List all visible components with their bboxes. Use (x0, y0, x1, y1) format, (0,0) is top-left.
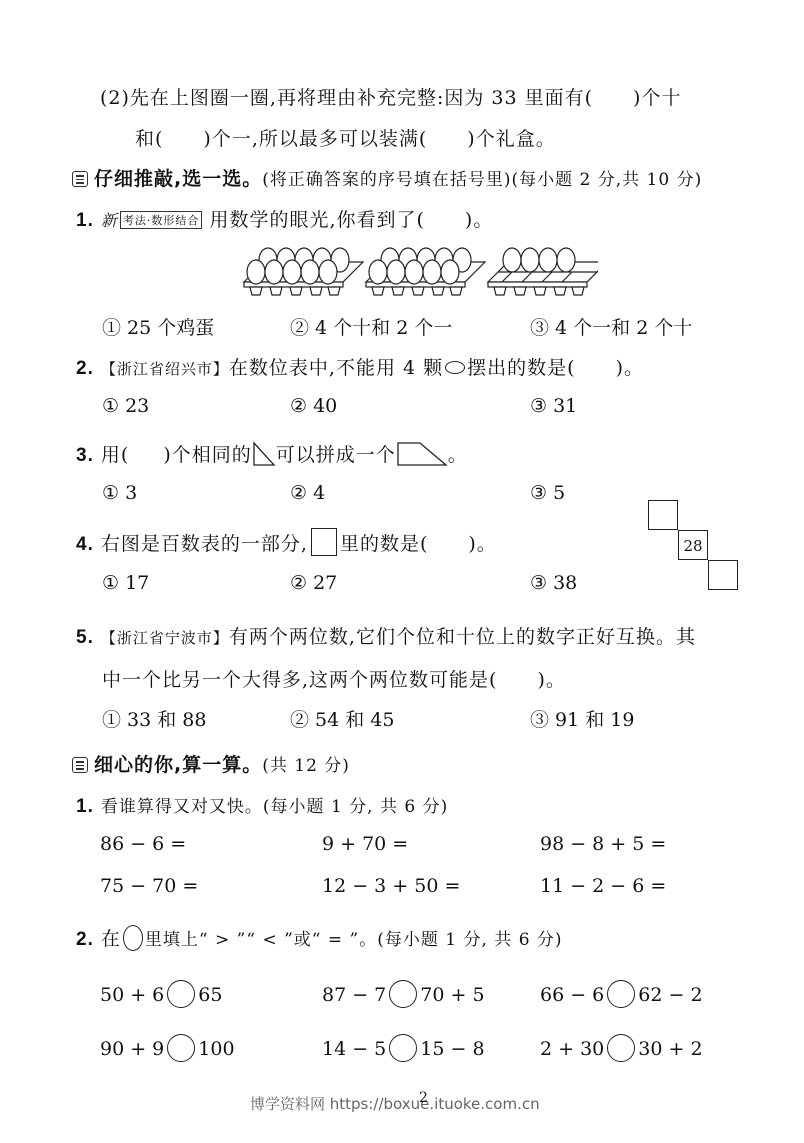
question-text-line2: 中一个比另一个大得多,这两个两位数可能是( (102, 669, 497, 691)
q3-option-3: ③ 5 (530, 482, 565, 504)
q2-option-3: ③ 31 (530, 395, 577, 417)
egg-tray-full-2 (366, 248, 485, 295)
question-number: 2. (76, 358, 94, 379)
compare-circle-input[interactable] (389, 980, 417, 1008)
compare-item: 14 − 515 − 8 (322, 1034, 485, 1062)
question-number: 1. (76, 210, 94, 231)
compare-item: 50 + 665 (100, 980, 222, 1008)
question-text-b: 里填上“ > ”“ < ”或“ = ”。(每小题 1 分, 共 6 分) (145, 930, 563, 950)
question-text-a: 在 (101, 928, 121, 950)
question-text-b: 里的数是( (340, 533, 428, 555)
section3-note: (将正确答案的序号填在括号里)(每小题 2 分,共 10 分) (262, 170, 702, 190)
question-5-line1: 5. 【浙江省宁波市】有两个两位数,它们个位和十位上的数字正好互换。其 (76, 622, 696, 649)
question-number: 1. (76, 796, 94, 817)
question-text-b: )个相同的 (163, 444, 251, 466)
egg-trays-illustration (238, 240, 598, 300)
question-text-mid: 摆出的数是( (467, 357, 575, 379)
section4-note: (共 12 分) (262, 756, 350, 776)
calc-item[interactable]: 98 − 8 + 5 = (540, 833, 666, 855)
section-number-three-icon (72, 171, 88, 187)
compare-right: 70 + 5 (420, 984, 484, 1006)
q4-option-3: ③ 38 (530, 572, 577, 594)
question-text-c: 可以拼成一个 (276, 444, 396, 466)
calc-item[interactable]: 9 + 70 = (322, 833, 408, 855)
new-tag: 新 (101, 211, 118, 230)
q2-option-2: ② 40 (290, 395, 337, 417)
section4-title: 细心的你,算一算。 (94, 754, 262, 776)
part2-line2: 和()个一,所以最多可以装满()个礼盒。 (135, 124, 556, 151)
calc-item[interactable]: 12 − 3 + 50 = (322, 875, 460, 897)
question-text-end: )。 (616, 357, 644, 379)
question-number: 2. (76, 929, 94, 950)
trapezoid-icon (396, 441, 448, 467)
egg-tray-full-1 (244, 248, 363, 295)
section-number-three-icon (72, 757, 88, 773)
square-icon (311, 528, 337, 556)
compare-left: 90 + 9 (100, 1038, 164, 1060)
part2-line2-a: 和( (135, 128, 163, 150)
compare-item: 66 − 662 − 2 (540, 980, 703, 1008)
question-type-tag: 考法·数形结合 (120, 211, 203, 229)
compare-circle-input[interactable] (607, 1034, 635, 1062)
question-number: 3. (76, 445, 94, 466)
compare-right: 100 (198, 1038, 234, 1060)
compare-left: 2 + 30 (540, 1038, 604, 1060)
question-2: 2. 【浙江省绍兴市】在数位表中,不能用 4 颗摆出的数是()。 (76, 353, 644, 380)
compare-circle-input[interactable] (607, 980, 635, 1008)
question-4: 4. 右图是百数表的一部分,里的数是()。 (76, 528, 497, 556)
question-text-a: 右图是百数表的一部分, (101, 533, 308, 555)
part2-line1-end: )个十 (633, 87, 681, 109)
question-text: 看谁算得又对又快。(每小题 1 分, 共 6 分) (101, 797, 448, 817)
q1-option-2: ② 4 个十和 2 个一 (290, 313, 452, 340)
question-text-a: 用( (101, 444, 129, 466)
section3-title: 仔细推敲,选一选。 (94, 168, 262, 190)
question-text-end: )。 (465, 209, 493, 231)
compare-left: 50 + 6 (100, 984, 164, 1006)
section3-header: 仔细推敲,选一选。(将正确答案的序号填在括号里)(每小题 2 分,共 10 分) (72, 164, 702, 191)
q4-option-1: ① 17 (102, 572, 149, 594)
compare-circle-input[interactable] (389, 1034, 417, 1062)
question-text-line1: 有两个两位数,它们个位和十位上的数字正好互换。其 (229, 626, 696, 648)
calc-item[interactable]: 86 − 6 = (100, 833, 186, 855)
question-number: 5. (76, 627, 94, 648)
question-source: 【浙江省绍兴市】 (101, 360, 229, 378)
q2-option-1: ① 23 (102, 395, 149, 417)
compare-right: 30 + 2 (638, 1038, 702, 1060)
compare-right: 65 (198, 984, 222, 1006)
q4-option-2: ② 27 (290, 572, 337, 594)
question-text: 在数位表中,不能用 4 颗 (229, 357, 443, 379)
part2-line2-c: )个礼盒。 (467, 128, 555, 150)
compare-left: 14 − 5 (322, 1038, 386, 1060)
grid-cell-blank (708, 560, 738, 590)
grid-cell-28: 28 (678, 530, 708, 560)
section4-header: 细心的你,算一算。(共 12 分) (72, 750, 350, 777)
q1-option-3: ③ 4 个一和 2 个十 (530, 313, 692, 340)
q5-option-2: ② 54 和 45 (290, 705, 394, 732)
question-text-end: 。 (448, 444, 468, 466)
compare-item: 2 + 3030 + 2 (540, 1034, 703, 1062)
watermark: 博学资料网 https://boxue.ituoke.com.cn (250, 1093, 540, 1114)
calc-item[interactable]: 75 − 70 = (100, 875, 198, 897)
compare-item: 87 − 770 + 5 (322, 980, 485, 1008)
compare-item: 90 + 9100 (100, 1034, 235, 1062)
compare-circle-input[interactable] (167, 980, 195, 1008)
part2-line2-b: )个一,所以最多可以装满( (203, 128, 427, 150)
q3-option-1: ① 3 (102, 482, 137, 504)
calc-question-2: 2. 在里填上“ > ”“ < ”或“ = ”。(每小题 1 分, 共 6 分) (76, 924, 563, 951)
question-3: 3. 用()个相同的可以拼成一个。 (76, 440, 468, 467)
question-text: 用数学的眼光,你看到了( (209, 209, 424, 231)
question-text-end: )。 (537, 669, 565, 691)
compare-circle-input[interactable] (167, 1034, 195, 1062)
egg-tray-partial (488, 248, 598, 295)
compare-right: 62 − 2 (638, 984, 702, 1006)
part2-line1: (2)先在上图圈一圈,再将理由补充完整:因为 33 里面有()个十 (100, 83, 681, 110)
circle-icon (123, 925, 143, 951)
question-text-end: )。 (468, 533, 496, 555)
part2-line1-text: (2)先在上图圈一圈,再将理由补充完整:因为 33 里面有( (100, 87, 593, 109)
q1-option-1: ① 25 个鸡蛋 (102, 313, 214, 340)
q5-option-1: ① 33 和 88 (102, 705, 206, 732)
question-source: 【浙江省宁波市】 (101, 629, 229, 647)
calc-item[interactable]: 11 − 2 − 6 = (540, 875, 666, 897)
bead-icon (445, 361, 465, 374)
compare-left: 87 − 7 (322, 984, 386, 1006)
question-number: 4. (76, 534, 94, 555)
page-number: 2 (419, 1090, 428, 1106)
question-1: 1. 新考法·数形结合 用数学的眼光,你看到了()。 (76, 205, 493, 232)
calc-question-1: 1. 看谁算得又对又快。(每小题 1 分, 共 6 分) (76, 792, 448, 818)
compare-right: 15 − 8 (420, 1038, 484, 1060)
right-triangle-icon (252, 441, 276, 467)
compare-left: 66 − 6 (540, 984, 604, 1006)
grid-cell-unknown (648, 500, 678, 530)
q5-option-3: ③ 91 和 19 (530, 705, 634, 732)
q3-option-2: ② 4 (290, 482, 325, 504)
question-5-line2: 中一个比另一个大得多,这两个两位数可能是()。 (102, 665, 566, 692)
